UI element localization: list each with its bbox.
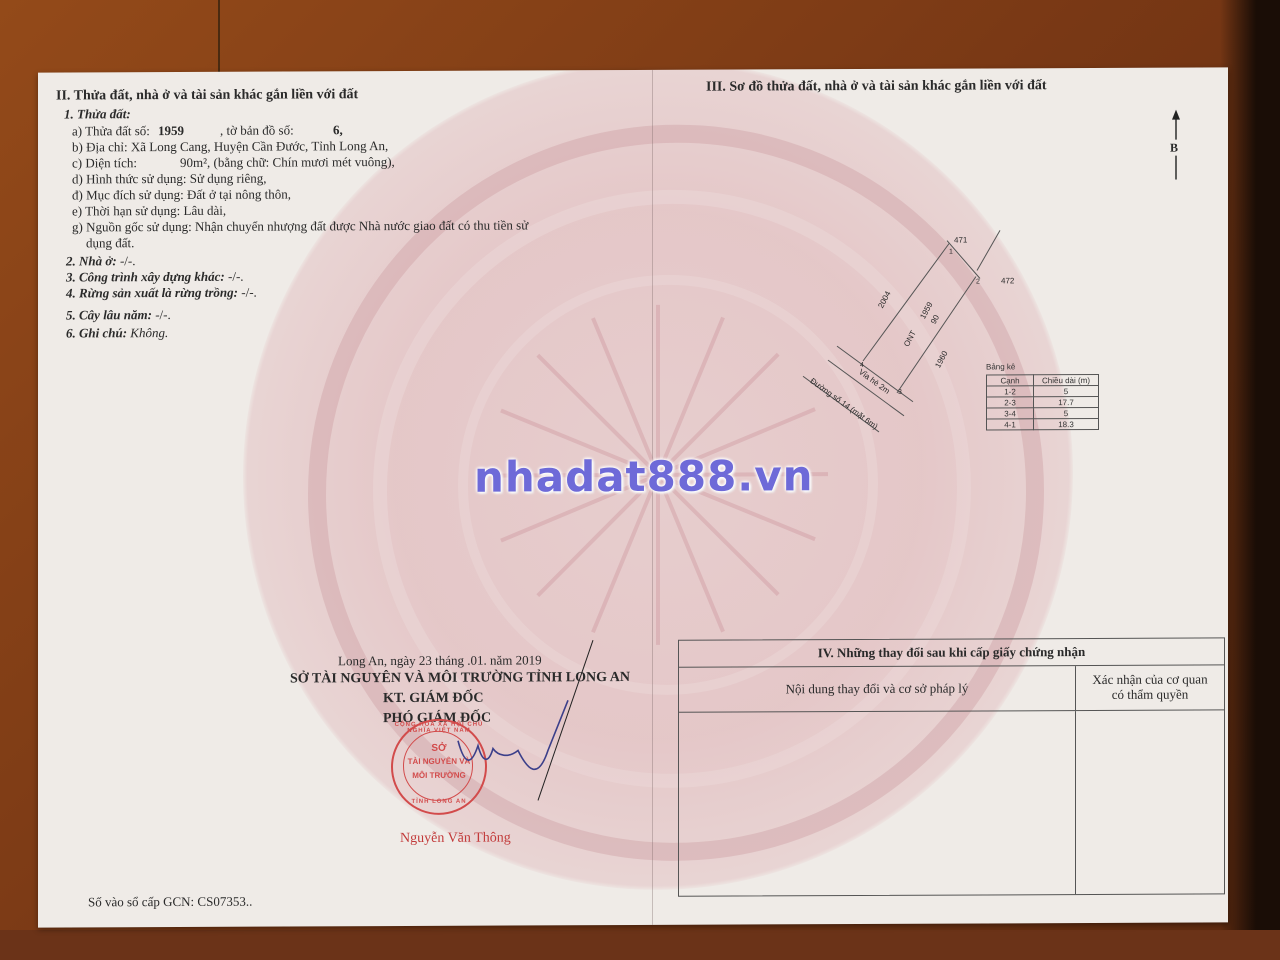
floor-seam (218, 0, 220, 75)
certificate-page: II. Thửa đất, nhà ở và tài sản khác gắn … (38, 67, 1228, 927)
site-watermark: nhadat888.vn (474, 451, 814, 501)
table-row: 4-118.3 (987, 418, 1099, 429)
changes-col-content: Nội dung thay đổi và cơ sở pháp lý (679, 666, 1076, 712)
changes-confirmation-cell (1076, 710, 1224, 894)
point-3: 3 (898, 385, 902, 401)
changes-content-cell (679, 711, 1076, 896)
point-1: 1 (949, 245, 953, 261)
floor-bottom (0, 930, 1280, 960)
boundary-length-table: Cạnh Chiều dài (m) 1-25 2-317.7 3-45 4-1… (986, 374, 1099, 430)
changes-table: IV. Những thay đổi sau khi cấp giấy chứn… (678, 637, 1225, 896)
table-row: 1-25 (987, 385, 1099, 396)
neighbor-471: 471 (954, 233, 967, 249)
changes-title: IV. Những thay đổi sau khi cấp giấy chứn… (679, 638, 1224, 667)
background-shadow (1220, 0, 1280, 960)
neighbor-472: 472 (1001, 273, 1014, 289)
header-length: Chiều dài (m) (1034, 374, 1099, 385)
changes-col-confirmation: Xác nhận của cơ quan có thẩm quyền (1076, 665, 1224, 710)
boundary-table: Bảng kê Cạnh Chiều dài (m) 1-25 2-317.7 … (986, 362, 1099, 430)
table-row: 3-45 (987, 407, 1099, 418)
point-2: 2 (976, 274, 980, 290)
header-edge: Cạnh (987, 375, 1034, 386)
table-row: 2-317.7 (987, 396, 1099, 407)
